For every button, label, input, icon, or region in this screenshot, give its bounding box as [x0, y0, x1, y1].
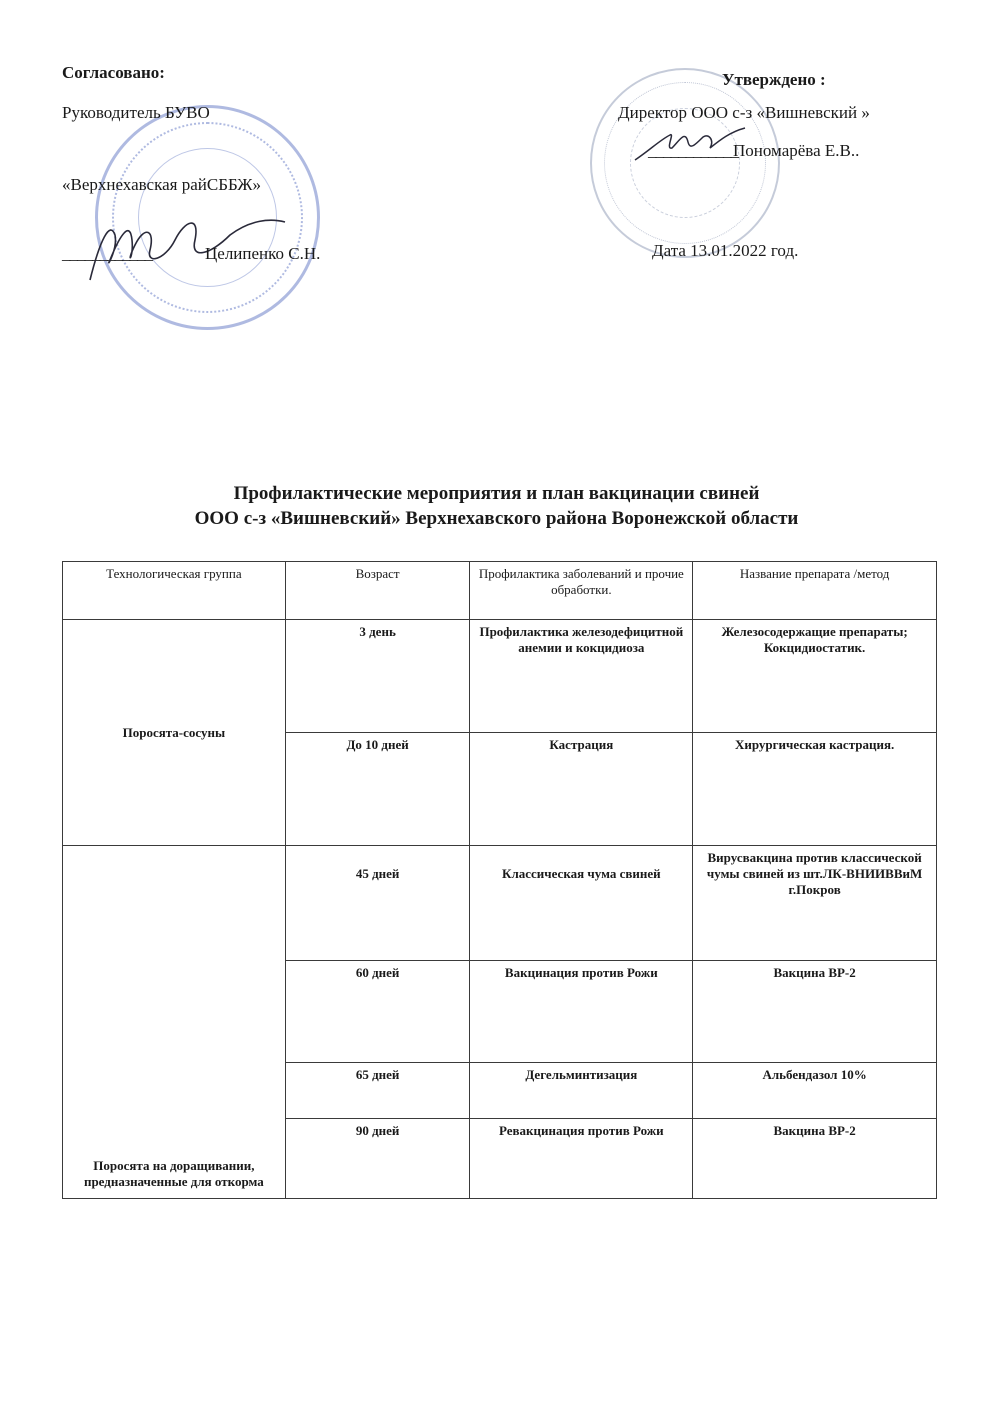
table-header-row: Технологическая группа Возраст Профилакт…: [63, 562, 937, 620]
header-age: Возраст: [285, 562, 470, 620]
cell-drug: Железосодержащие препараты; Кокцидиостат…: [693, 620, 937, 733]
cell-age: 65 дней: [285, 1063, 470, 1119]
cell-drug: Вакцина ВР-2: [693, 1119, 937, 1199]
cell-drug: Хирургическая кастрация.: [693, 733, 937, 846]
cell-drug: Вакцина ВР-2: [693, 961, 937, 1063]
vaccination-plan-table: Технологическая группа Возраст Профилакт…: [62, 561, 937, 1199]
approval-left-organization: «Верхнехавская райСББЖ»: [62, 175, 261, 195]
approval-left-position: Руководитель БУВО: [62, 103, 210, 123]
approval-right-heading: Утверждено :: [722, 70, 826, 90]
table-row: Поросята-сосуны 3 день Профилактика желе…: [63, 620, 937, 733]
document-title-line1: Профилактические мероприятия и план вакц…: [0, 482, 993, 506]
approval-right-name: Пономарёва Е.В..: [733, 141, 859, 161]
cell-prevention: Дегельминтизация: [470, 1063, 693, 1119]
header-drug: Название препарата /метод: [693, 562, 937, 620]
signature-right-icon: [630, 120, 750, 165]
group-name-suckling-piglets: Поросята-сосуны: [63, 620, 286, 846]
table-row: Поросята на доращивании, предназначенные…: [63, 846, 937, 961]
header-prevention: Профилактика заболеваний и прочие обрабо…: [470, 562, 693, 620]
cell-age: 45 дней: [285, 846, 470, 961]
header-tech-group: Технологическая группа: [63, 562, 286, 620]
cell-prevention: Вакцинация против Рожи: [470, 961, 693, 1063]
approval-right-date: Дата 13.01.2022 год.: [652, 241, 798, 261]
document-title-line2: ООО с-з «Вишневский» Верхнехавского райо…: [0, 507, 993, 531]
cell-prevention: Профилактика железодефицитной анемии и к…: [470, 620, 693, 733]
cell-prevention: Классическая чума свиней: [470, 846, 693, 961]
approval-left-name: Целипенко С.Н.: [205, 244, 320, 264]
cell-age: 3 день: [285, 620, 470, 733]
cell-drug: Вирусвакцина против классической чумы св…: [693, 846, 937, 961]
cell-prevention: Ревакцинация против Рожи: [470, 1119, 693, 1199]
group-name-weaner-piglets: Поросята на доращивании, предназначенные…: [63, 846, 286, 1199]
cell-drug: Альбендазол 10%: [693, 1063, 937, 1119]
cell-age: До 10 дней: [285, 733, 470, 846]
cell-prevention: Кастрация: [470, 733, 693, 846]
cell-age: 60 дней: [285, 961, 470, 1063]
cell-age: 90 дней: [285, 1119, 470, 1199]
approval-left-heading: Согласовано:: [62, 63, 165, 83]
